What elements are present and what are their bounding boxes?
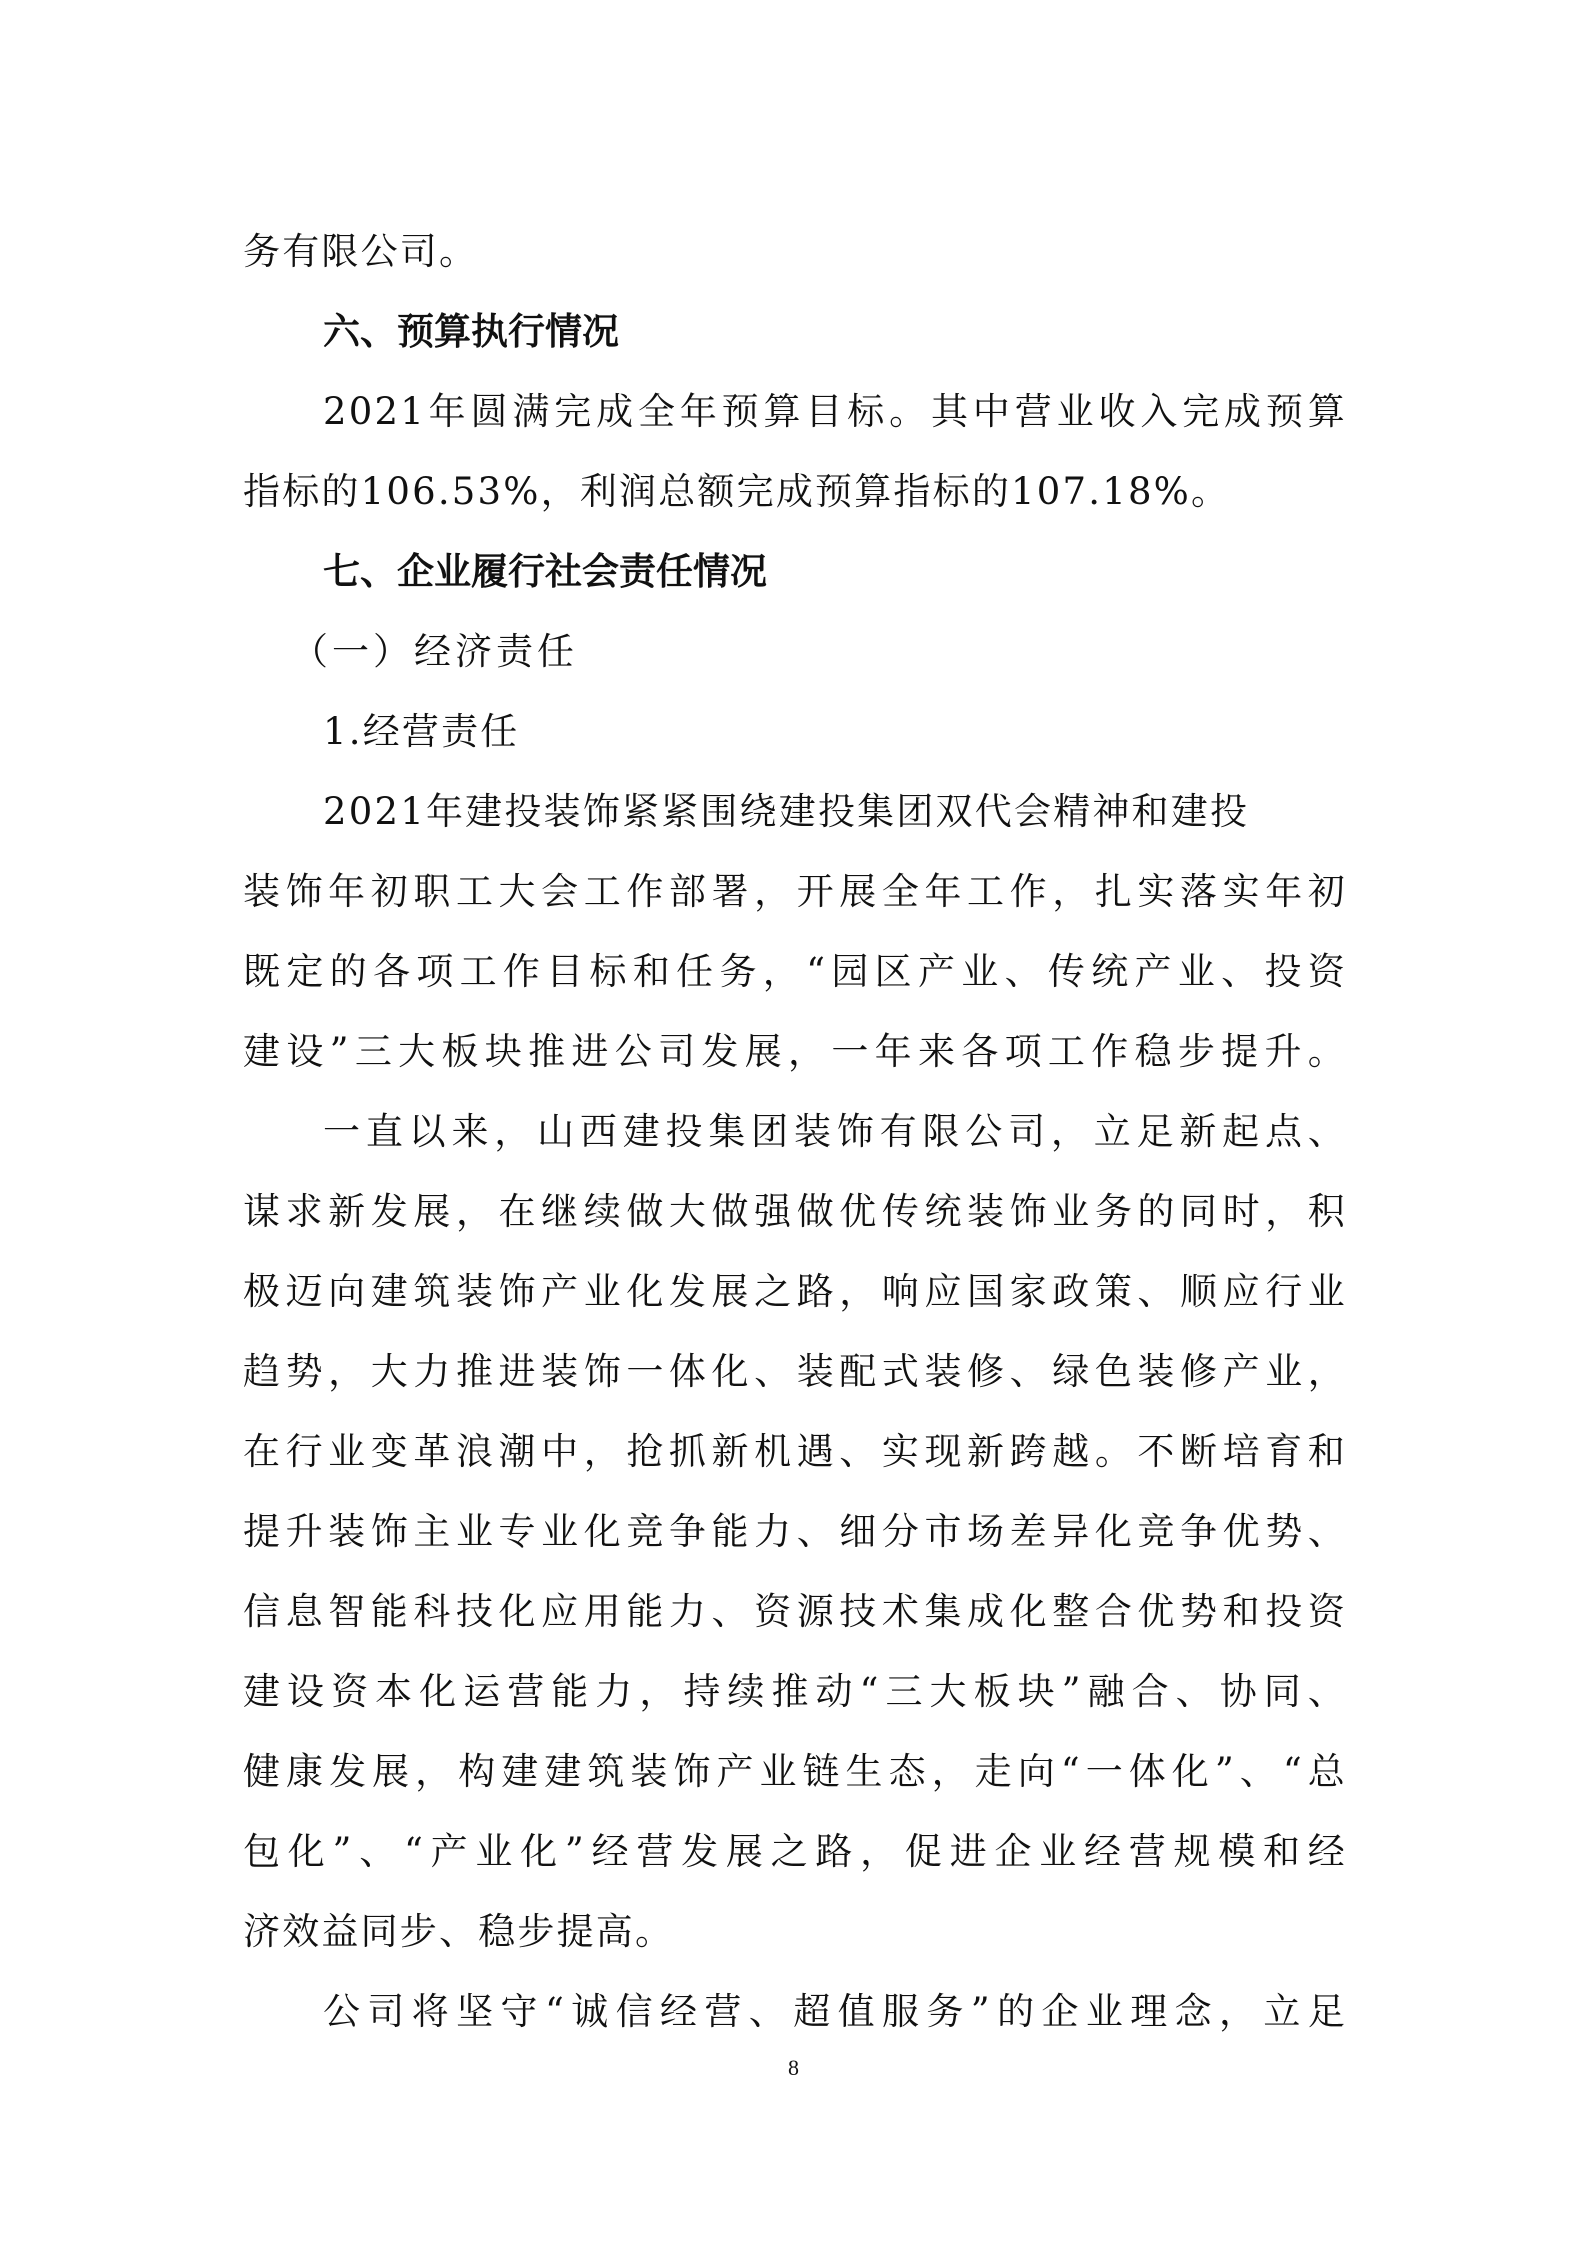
paragraph-line: 指标的106.53%，利润总额完成预算指标的107.18%。	[243, 452, 1347, 532]
paragraph-line: 一直以来，山西建投集团装饰有限公司，立足新起点、	[243, 1092, 1347, 1172]
paragraph-line: 建设资本化运营能力，持续推动“三大板块”融合、协同、	[243, 1652, 1347, 1732]
subsection-heading-economic-responsibility: （一）经济责任	[243, 612, 1347, 692]
paragraph-line: 既定的各项工作目标和任务，“园区产业、传统产业、投资	[243, 932, 1347, 1012]
paragraph-line: 在行业变革浪潮中，抢抓新机遇、实现新跨越。不断培育和	[243, 1412, 1347, 1492]
paragraph-line: 装饰年初职工大会工作部署，开展全年工作，扎实落实年初	[243, 852, 1347, 932]
paragraph-line: 谋求新发展，在继续做大做强做优传统装饰业务的同时，积	[243, 1172, 1347, 1252]
paragraph-line: 建设”三大板块推进公司发展，一年来各项工作稳步提升。	[243, 1012, 1347, 1092]
paragraph-line: 2021年建投装饰紧紧围绕建投集团双代会精神和建投	[243, 772, 1347, 852]
paragraph-line: 极迈向建筑装饰产业化发展之路，响应国家政策、顺应行业	[243, 1252, 1347, 1332]
paragraph-line: 2021年圆满完成全年预算目标。其中营业收入完成预算	[243, 372, 1347, 452]
paragraph-budget-results: 2021年圆满完成全年预算目标。其中营业收入完成预算 指标的106.53%，利润…	[243, 372, 1347, 532]
paragraph-line: 公司将坚守“诚信经营、超值服务”的企业理念，立足	[243, 1972, 1347, 2052]
paragraph-company-development: 一直以来，山西建投集团装饰有限公司，立足新起点、 谋求新发展，在继续做大做强做优…	[243, 1092, 1347, 1972]
paragraph-line: 趋势，大力推进装饰一体化、装配式装修、绿色装修产业，	[243, 1332, 1347, 1412]
paragraph-line: 健康发展，构建建筑装饰产业链生态，走向“一体化”、“总	[243, 1732, 1347, 1812]
document-page: 务有限公司。 六、预算执行情况 2021年圆满完成全年预算目标。其中营业收入完成…	[0, 0, 1587, 2245]
paragraph-line: 提升装饰主业专业化竞争能力、细分市场差异化竞争优势、	[243, 1492, 1347, 1572]
page-number: 8	[0, 2055, 1587, 2081]
paragraph-line: 济效益同步、稳步提高。	[243, 1892, 1347, 1972]
section-heading-budget-execution: 六、预算执行情况	[243, 292, 1347, 372]
paragraph-company-philosophy: 公司将坚守“诚信经营、超值服务”的企业理念，立足	[243, 1972, 1347, 2052]
subsection-heading-operating-responsibility: 1.经营责任	[243, 692, 1347, 772]
paragraph-line: 包化”、“产业化”经营发展之路，促进企业经营规模和经	[243, 1812, 1347, 1892]
paragraph-2021-work: 2021年建投装饰紧紧围绕建投集团双代会精神和建投 装饰年初职工大会工作部署，开…	[243, 772, 1347, 1092]
page-body: 务有限公司。 六、预算执行情况 2021年圆满完成全年预算目标。其中营业收入完成…	[243, 212, 1347, 2052]
section-heading-social-responsibility: 七、企业履行社会责任情况	[243, 532, 1347, 612]
paragraph-line: 信息智能科技化应用能力、资源技术集成化整合优势和投资	[243, 1572, 1347, 1652]
paragraph-continuation-line: 务有限公司。	[243, 212, 1347, 292]
